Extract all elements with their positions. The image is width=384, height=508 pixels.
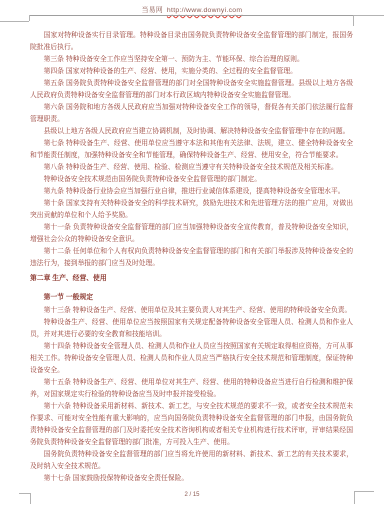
chapter-heading: 第二章 生产、经营、使用 [30, 273, 353, 285]
paragraph: 第十条 国家支持有关特种设备安全的科学技术研究，鼓励先进技术和先进管理方法的推广… [30, 198, 353, 222]
paragraph: 第十三条 特种设备生产、经营、使用单位及其主要负责人对其生产、经营、使用的特种设… [30, 305, 353, 317]
paragraph: 第九条 特种设备行业协会应当加强行业自律，推进行业诚信体系建设，提高特种设备安全… [30, 186, 353, 198]
paragraph: 国家对特种设备实行目录管理。特种设备目录由国务院负责特种设备安全监督管理的部门制… [30, 30, 353, 54]
page-number: 2 / 15 [184, 492, 199, 498]
paragraph: 第十一条 负责特种设备安全监督管理的部门应当加强特种设备安全宣传教育，普及特种设… [30, 222, 353, 246]
paragraph: 特种设备安全技术规范由国务院负责特种设备安全监督管理的部门制定。 [30, 174, 353, 186]
header-rule [29, 15, 353, 16]
paragraph: 县级以上地方各级人民政府应当建立协调机制，及时协调、解决特种设备安全监督管理中存… [30, 126, 353, 138]
document-body: 国家对特种设备实行目录管理。特种设备目录由国务院负责特种设备安全监督管理的部门制… [30, 30, 353, 485]
section-heading: 第一节 一般规定 [30, 292, 353, 304]
paragraph: 第三条 特种设备安全工作应当坚持安全第一、预防为主、节能环保、综合治理的原则。 [30, 54, 353, 66]
paragraph: 第六条 国务院和地方各级人民政府应当加强对特种设备安全工作的领导，督促各有关部门… [30, 102, 353, 126]
page-header: 当易网http://www.downyi.com [0, 4, 384, 14]
paragraph: 第十七条 国家鼓励投保特种设备安全责任保险。 [30, 473, 353, 485]
paragraph: 第十五条 特种设备生产、经营、使用单位对其生产、经营、使用的特种设备应当进行自行… [30, 377, 353, 401]
paragraph: 第十二条 任何单位和个人有权向负责特种设备安全监督管理的部门和有关部门举报涉及特… [30, 246, 353, 270]
boundary-line [353, 15, 384, 16]
site-name-label: 当易网 [142, 7, 163, 14]
boundary-line [29, 15, 30, 21]
paragraph: 第四条 国家对特种设备的生产、经营、使用，实施分类的、全过程的安全监督管理。 [30, 66, 353, 78]
paragraph: 第十六条 特种设备采用新材料、新技术、新工艺，与安全技术规范的要求不一致，或者安… [30, 401, 353, 449]
paragraph: 特种设备生产、经营、使用单位应当按照国家有关规定配备特种设备安全管理人员、检测人… [30, 317, 353, 341]
boundary-line [353, 15, 354, 26]
paragraph: 第五条 国务院负责特种设备安全监督管理的部门对全国特种设备安全实施监督管理。县级… [30, 78, 353, 102]
document-page: 当易网http://www.downyi.com 国家对特种设备实行目录管理。特… [0, 0, 384, 508]
paragraph: 第八条 特种设备生产、经营、使用、检验、检测应当遵守有关特种设备安全技术规范及相… [30, 162, 353, 174]
paragraph: 第七条 特种设备生产、经营、使用单位应当遵守本法和其他有关法律、法规，建立、健全… [30, 138, 353, 162]
boundary-line [0, 21, 29, 22]
page-footer: 2 / 15 [0, 492, 384, 498]
paragraph: 第十四条 特种设备安全管理人员、检测人员和作业人员应当按照国家有关规定取得相应资… [30, 341, 353, 377]
paragraph: 国务院负责特种设备安全监督管理的部门应当将允许使用的新材料、新技术、新工艺的有关… [30, 449, 353, 473]
site-url-text: http://www.downyi.com [167, 7, 242, 14]
